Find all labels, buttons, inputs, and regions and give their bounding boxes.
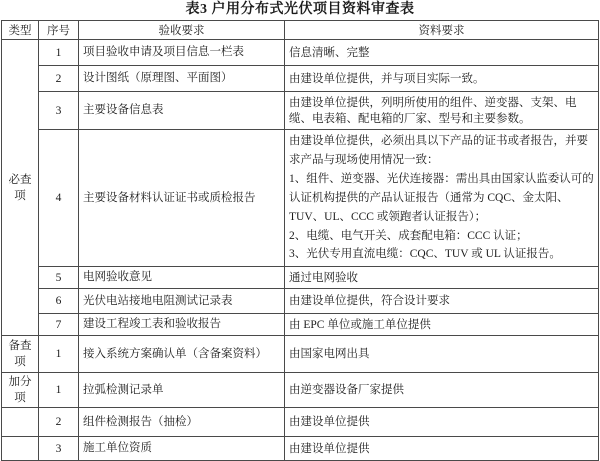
table-row: 2 组件检测报告（抽检） 由建设单位提供 bbox=[2, 408, 599, 437]
page-title: 表3 户用分布式光伏项目资料审查表 bbox=[0, 0, 600, 20]
requirement-cell: 建设工程竣工表和验收报告 bbox=[79, 314, 285, 336]
index-cell: 5 bbox=[39, 267, 79, 289]
type-cell-must-check: 必查项 bbox=[2, 40, 39, 336]
document-cell: 由建设单位提供，列明所使用的组件、逆变器、支架、电缆、电表箱、配电箱的厂家、型号… bbox=[285, 92, 599, 130]
index-cell: 4 bbox=[39, 130, 79, 267]
document-cell: 通过电网验收 bbox=[285, 267, 599, 289]
table-row: 4 主要设备材料认证证书或质检报告 由建设单位提供，必须出具以下产品的证书或者报… bbox=[2, 130, 599, 267]
requirement-cell: 施工单位资质 bbox=[79, 437, 285, 461]
table-row: 7 建设工程竣工表和验收报告 由 EPC 单位或施工单位提供 bbox=[2, 314, 599, 336]
index-cell: 2 bbox=[39, 66, 79, 92]
document-cell: 由国家电网出具 bbox=[285, 336, 599, 373]
requirement-cell: 项目验收申请及项目信息一栏表 bbox=[79, 40, 285, 66]
index-cell: 7 bbox=[39, 314, 79, 336]
requirement-cell: 主要设备信息表 bbox=[79, 92, 285, 130]
requirement-cell: 主要设备材料认证证书或质检报告 bbox=[79, 130, 285, 267]
table-row: 加分项 1 拉弧检测记录单 由逆变器设备厂家提供 bbox=[2, 373, 599, 408]
type-cell-reference-check: 备查项 bbox=[2, 336, 39, 373]
requirement-cell: 拉弧检测记录单 bbox=[79, 373, 285, 408]
index-cell: 6 bbox=[39, 289, 79, 314]
requirement-cell: 组件检测报告（抽检） bbox=[79, 408, 285, 437]
index-cell: 1 bbox=[39, 373, 79, 408]
header-row: 类型 序号 验收要求 资料要求 bbox=[2, 21, 599, 40]
index-cell: 1 bbox=[39, 336, 79, 373]
document-cell: 由逆变器设备厂家提供 bbox=[285, 373, 599, 408]
table-row: 6 光伏电站接地电阻测试记录表 由建设单位提供，符合设计要求 bbox=[2, 289, 599, 314]
type-cell-empty bbox=[2, 437, 39, 461]
requirement-cell: 设计图纸（原理图、平面图） bbox=[79, 66, 285, 92]
requirement-cell: 电网验收意见 bbox=[79, 267, 285, 289]
type-cell-bonus: 加分项 bbox=[2, 373, 39, 408]
header-cell-document: 资料要求 bbox=[285, 21, 599, 40]
document-cell: 由建设单位提供 bbox=[285, 437, 599, 461]
requirement-cell: 光伏电站接地电阻测试记录表 bbox=[79, 289, 285, 314]
header-cell-no: 序号 bbox=[39, 21, 79, 40]
index-cell: 3 bbox=[39, 437, 79, 461]
table-row: 3 施工单位资质 由建设单位提供 bbox=[2, 437, 599, 461]
review-table: 类型 序号 验收要求 资料要求 必查项 1 项目验收申请及项目信息一栏表 信息清… bbox=[1, 20, 599, 461]
document-cell: 信息清晰、完整 bbox=[285, 40, 599, 66]
document-cell: 由建设单位提供，符合设计要求 bbox=[285, 289, 599, 314]
table-row: 备查项 1 接入系统方案确认单（含备案资料） 由国家电网出具 bbox=[2, 336, 599, 373]
table-row: 必查项 1 项目验收申请及项目信息一栏表 信息清晰、完整 bbox=[2, 40, 599, 66]
header-cell-requirement: 验收要求 bbox=[79, 21, 285, 40]
document-cell: 由建设单位提供，必须出具以下产品的证书或者报告，并要求产品与现场使用情况一致： … bbox=[285, 130, 599, 267]
index-cell: 1 bbox=[39, 40, 79, 66]
document-cell: 由 EPC 单位或施工单位提供 bbox=[285, 314, 599, 336]
table-row: 3 主要设备信息表 由建设单位提供，列明所使用的组件、逆变器、支架、电缆、电表箱… bbox=[2, 92, 599, 130]
index-cell: 2 bbox=[39, 408, 79, 437]
type-cell-empty bbox=[2, 408, 39, 437]
document-cell: 由建设单位提供，并与项目实际一致。 bbox=[285, 66, 599, 92]
requirement-cell: 接入系统方案确认单（含备案资料） bbox=[79, 336, 285, 373]
table-row: 5 电网验收意见 通过电网验收 bbox=[2, 267, 599, 289]
table-row: 2 设计图纸（原理图、平面图） 由建设单位提供，并与项目实际一致。 bbox=[2, 66, 599, 92]
document-cell: 由建设单位提供 bbox=[285, 408, 599, 437]
header-cell-type: 类型 bbox=[2, 21, 39, 40]
index-cell: 3 bbox=[39, 92, 79, 130]
